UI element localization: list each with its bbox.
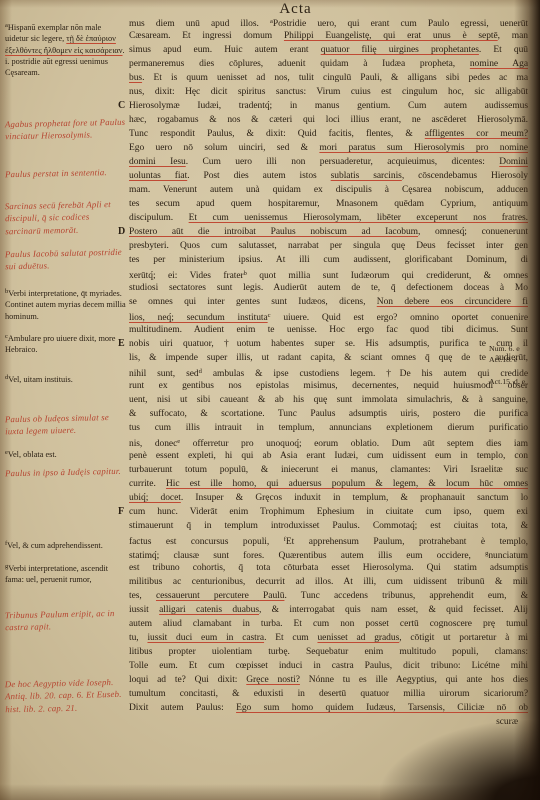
text-line: Cæsaream. Et ingressi domum Philippi Eua…	[129, 29, 528, 43]
text-run: uiuere. Quid est ergo? omnino oportet co…	[271, 313, 528, 323]
text-line: mus diem unū apud illos. aPostridie uero…	[129, 15, 528, 29]
text-run: uent, nisi ut sibi caueant & ab his quę …	[129, 395, 528, 405]
text-run: Agabus prophetat fore ut Paulus vinciatu…	[5, 117, 126, 142]
text-run: mam. Venerunt autem unà quidam ex discip…	[129, 185, 528, 195]
text-line: turbauerunt totum populū, & iniecerunt e…	[129, 463, 528, 477]
printed-margin-note: bVerbi interpretatione, q̄t myriades. Co…	[5, 286, 126, 322]
text-line: uent, nisi ut sibi caueant & ab his quę …	[129, 393, 528, 407]
text-line: tes secum apud quem hospitaremur, Mnason…	[129, 197, 528, 211]
text-run: Ego uero nō solum uinciri, sed &	[129, 143, 319, 153]
red-underlined-phrase: Gręce nosti?	[246, 675, 300, 685]
red-underlined-phrase: iussit duci eum in castra	[147, 633, 264, 643]
text-line: loqui ad te? Qui dixit: Gręce nosti? Nón…	[129, 673, 528, 687]
text-line: penè essent expleti, hi qui ab Asia eran…	[129, 449, 528, 463]
text-run: Paulus ob Iudęos simulat se iuxta legem …	[5, 412, 109, 436]
text-line: xerūtq́; ei: Vides fraterb quot millia s…	[129, 267, 528, 281]
text-line: Dixit autem Paulus: Ego sum homo quidem …	[129, 701, 528, 715]
red-underlined-phrase: sublatis sarcinis	[331, 171, 402, 181]
text-run: , & interrogabat quis nam esset, & quid …	[259, 605, 528, 615]
printed-margin-note: gVerbi interpretatione, ascendit fama: u…	[5, 561, 126, 586]
text-run: litibus propter uiolentiam turbę. Sequeb…	[129, 647, 528, 657]
book-page-scan: Acta aHispanū exemplar nōn male uidetur …	[0, 0, 540, 800]
text-run: Hierosolymæ Iudæi, tradentq́; in manus g…	[129, 101, 528, 111]
text-line: lis, & impende super illis, ut radant ca…	[129, 351, 528, 365]
text-line: permaneremus dies cōplures, aduenit quid…	[129, 57, 528, 71]
text-line: hæc, rogabamus & nos & cæteri qui loci i…	[129, 113, 528, 127]
text-line: & suffocato, & scortatione. Tunc Paulus …	[129, 407, 528, 421]
text-run: Tolle eum. Et cum cœpisset induci in cas…	[129, 661, 528, 671]
text-line: Tunc respondit Paulus, & dixit: Quid fac…	[129, 127, 528, 141]
text-run: , cōscendebamus Hierosoly	[402, 171, 528, 181]
text-line: factus est concursus populi, fEt apprehe…	[129, 533, 528, 547]
printed-margin-note: aHispanū exemplar nōn male uidetur sic l…	[5, 20, 126, 78]
text-run: presbyteri. Quos cum salutasset, narraba…	[129, 241, 528, 251]
text-run: militibus ac centurionibus, decurrit ad …	[129, 577, 528, 587]
text-run: tes secum apud quem hospitaremur, Mnason…	[129, 199, 528, 209]
text-run: & suffocato, & scortatione. Tunc Paulus …	[129, 409, 528, 419]
text-run: factus est concursus populi,	[129, 537, 284, 547]
red-underlined-phrase: ubiq́; docet	[129, 493, 181, 503]
handwritten-margin-note: Tribunus Paulum eripit, ac in castra rap…	[5, 607, 126, 634]
red-underlined-phrase: cessauerunt percutere Paulū	[156, 591, 284, 601]
text-line: statimq́; clausæ sunt fores. Quærentibus…	[129, 547, 528, 561]
text-run: hæc, rogabamus & nos & cæteri qui loci i…	[129, 115, 528, 125]
text-line: discipulum. Et cum uenissemus Hierosolym…	[129, 211, 528, 225]
text-line: tes per ministerium ipsius. At illi cum …	[129, 253, 528, 267]
text-run: permaneremus dies cōplures, aduenit quid…	[129, 59, 470, 69]
red-underlined-phrase: alligari catenis duabus	[159, 605, 259, 615]
text-run: nobis uiri quatuor, †uotum habentes supe…	[129, 339, 528, 349]
text-run: Postridie uero, qui erant cum Paulo egre…	[273, 19, 528, 29]
text-run: penè essent expleti, hi qui ab Asia eran…	[129, 451, 528, 461]
text-run: studiosi sectatores sunt legis. Audierūt…	[129, 283, 528, 293]
printed-margin-note: cAmbulare pro uiuere dixit, more Hebraic…	[5, 331, 126, 356]
text-run: ambulas & ipse custodiens legem. †De his…	[202, 369, 528, 379]
text-run: Dixit autem Paulus:	[129, 703, 236, 713]
text-line: tumultum concitasti, & eduxisti in deser…	[129, 687, 528, 701]
text-line: tes, cessauerunt percutere Paulū. Tunc a…	[129, 589, 528, 603]
red-underlined-phrase: Ego sum homo quidem Iudæus, Tarsensis, C…	[236, 703, 528, 713]
red-underlined-phrase: Philippi Euangelistę, qui erat unus è se…	[284, 31, 498, 41]
text-line: litibus propter uiolentiam turbę. Sequeb…	[129, 645, 528, 659]
main-text: mus diem unū apud illos. aPostridie uero…	[129, 15, 528, 729]
text-line: est tribuno cohortis, q̄ tota cōturbata …	[129, 561, 528, 575]
printed-margin-note: eVel, oblata est.	[5, 447, 126, 460]
text-run: Et apprehensum Paulum, protrahebant è te…	[286, 537, 528, 547]
text-line: Ego uero nō solum uinciri, sed & mori pa…	[129, 141, 528, 155]
printed-margin-note: fVel, & cum adprehendissent.	[5, 538, 126, 551]
handwritten-margin-note: Paulus ob Iudęos simulat se iuxta legem …	[5, 411, 126, 438]
text-run: turbauerunt totum populū, & iniecerunt e…	[129, 465, 528, 475]
text-line: nis, donece offerretur pro unoquoq́; eor…	[129, 435, 528, 449]
text-line: multitudinem. Audient enim te uenisse. H…	[129, 323, 528, 337]
red-underlined-phrase: quatuor filię uirgines prophetantes	[321, 45, 479, 55]
text-line: presbyteri. Quos cum salutasset, narraba…	[129, 239, 528, 253]
text-run: quot millia sunt Iudæorum qui crediderun…	[247, 271, 528, 281]
text-run: offerretur pro unoquoq́; eorum oblatio. …	[180, 439, 528, 449]
handwritten-margin-note: Sarcinas secū ferebāt Apli et discipuli,…	[5, 198, 127, 237]
text-line: ubiq́; docet. Insuper & Gręcos induxit i…	[129, 491, 528, 505]
text-run: tu,	[129, 633, 147, 643]
page-right-edge-shadow	[514, 0, 540, 800]
section-guide-letter: F	[118, 506, 128, 517]
text-run: nus, dixit: Hęc dicit spiritus sanctus: …	[129, 87, 528, 97]
handwritten-margin-note: De hoc Aegyptio vide Ioseph. Antiq. lib.…	[5, 676, 127, 715]
text-run: runt ex gentibus nos epistolas misimus, …	[129, 381, 528, 391]
handwritten-margin-note: Paulus perstat in sententia.	[5, 166, 126, 181]
text-run: , omnesq́; conuenerunt	[418, 227, 528, 237]
text-run: Nónne tu es ille Aegyptius, qui ante hos…	[300, 675, 528, 685]
text-line: cum hunc. Viderāt enim Trophimum Ephesiu…	[129, 505, 528, 519]
text-run: Ambulare pro uiuere dixit, more Hebraico…	[5, 334, 116, 354]
handwritten-margin-note: Agabus prophetat fore ut Paulus vinciatu…	[5, 116, 126, 143]
text-line: tus cum illis intrauit in templum, annun…	[129, 421, 528, 435]
text-line: studiosi sectatores sunt legis. Audierūt…	[129, 281, 528, 295]
text-run: nis, donec	[129, 439, 177, 449]
text-run: nihil sunt, sed	[129, 369, 199, 379]
text-run: . Insuper & Gręcos induxit in templum, &…	[181, 493, 528, 503]
text-line: currite. Hic est ille homo, qui aduersus…	[129, 477, 528, 491]
text-run: Tunc respondit Paulus, & dixit: Quid fac…	[129, 129, 425, 139]
text-run: xerūtq́; ei: Vides frater	[129, 271, 244, 281]
text-run: iussit	[129, 605, 159, 615]
text-run: Vel, oblata est.	[8, 450, 57, 459]
section-guide-letter: E	[118, 338, 128, 349]
text-run: Vel, uitam instituis.	[8, 375, 73, 384]
text-run: mus diem unū apud illos.	[129, 19, 270, 29]
red-underlined-phrase: domini Iesu	[129, 157, 186, 167]
text-run: Tribunus Paulum eripit, ac in castra rap…	[5, 608, 115, 633]
text-run: multitudinem. Audient enim te uenisse. H…	[129, 325, 528, 335]
text-line: bus. Et is quum uenisset ad nos, tulit c…	[129, 71, 528, 85]
text-run: discipulum.	[129, 213, 189, 223]
text-line: domini Iesu. Cum uero illi non persuader…	[129, 155, 528, 169]
text-line: mam. Venerunt autem unà quidam ex discip…	[129, 183, 528, 197]
handwritten-margin-note: Paulus Iacobū salutat postridie sui aduē…	[5, 246, 126, 273]
text-line: runt ex gentibus nos epistolas misimus, …	[129, 379, 528, 393]
handwritten-margin-note: Paulus in ipso à Iudęis capitur.	[5, 465, 126, 480]
text-run: Vel, & cum adprehendissent.	[7, 541, 103, 550]
red-underlined-phrase: lios, neq́; secundum instituta	[129, 313, 268, 323]
red-underlined-phrase: uenisset ad gradus	[317, 633, 399, 643]
text-line: Hierosolymæ Iudæi, tradentq́; in manus g…	[129, 99, 528, 113]
bottom-right-corner-shadow	[380, 720, 540, 800]
text-line: autem aliud clamabant in turba. Et cum n…	[129, 617, 528, 631]
text-run: Paulus Iacobū salutat postridie sui aduē…	[5, 247, 122, 272]
red-underlined-phrase: bus	[129, 73, 142, 83]
text-run: stimauerunt q̄ in templum introduxisset …	[129, 521, 528, 531]
text-line: nihil sunt, sedd ambulas & ipse custodie…	[129, 365, 528, 379]
text-line: se omnes qui inter gentes sunt Iudæos, d…	[129, 295, 528, 309]
text-line: militibus ac centurionibus, decurrit ad …	[129, 575, 528, 589]
text-run: est tribuno cohortis, q̄ tota cōturbata …	[129, 563, 528, 573]
text-run: , cōtigit ut portaretur à mi	[399, 633, 528, 643]
text-line: tu, iussit duci eum in castra. Et cum ue…	[129, 631, 528, 645]
text-run: Verbi interpretatione, q̄t myriades. Con…	[5, 289, 126, 321]
text-line: simus apud eum. Huic autem erant quatuor…	[129, 43, 528, 57]
text-run: . Post dies autem istos	[187, 171, 330, 181]
section-guide-letter: D	[118, 226, 128, 237]
text-run: currite.	[129, 479, 166, 489]
text-line: nobis uiri quatuor, †uotum habentes supe…	[129, 337, 528, 351]
red-underlined-phrase: Non debere eos circuncidere fi	[377, 297, 528, 307]
text-run: Paulus perstat in sententia.	[5, 167, 107, 179]
text-run: tumultum concitasti, & eduxisti in deser…	[129, 689, 528, 699]
text-run: Paulus in ipso à Iudęis capitur.	[5, 466, 121, 478]
red-underlined-phrase: Hic est ille homo, qui aduersus populum …	[166, 479, 528, 489]
text-line: Postero aūt die introibat Paulus nobiscu…	[129, 225, 528, 239]
red-underlined-phrase: uoluntas fiat	[129, 171, 187, 181]
text-run: simus apud eum. Huic autem erant	[129, 45, 321, 55]
text-line: nus, dixit: Hęc dicit spiritus sanctus: …	[129, 85, 528, 99]
text-line: stimauerunt q̄ in templum introduxisset …	[129, 519, 528, 533]
text-run: autem aliud clamabant in turba. Et cum n…	[129, 619, 528, 629]
text-run: tus cum illis intrauit in templum, annun…	[129, 423, 528, 433]
printed-margin-note: dVel, uitam instituis.	[5, 372, 126, 385]
red-underlined-phrase: affligentes cor meum?	[425, 129, 528, 139]
text-run: se omnes qui inter gentes sunt Iudæos, d…	[129, 297, 377, 307]
red-underlined-phrase: Et cum uenissemus Hierosolymam, libēter …	[189, 213, 528, 223]
red-underlined-phrase: mori paratus sum Hierosolymis pro nomine	[319, 143, 528, 153]
text-run: . Et cum	[264, 633, 317, 643]
text-run: loqui ad te? Qui dixit:	[129, 675, 246, 685]
text-run: De hoc Aegyptio vide Ioseph. Antiq. lib.…	[5, 677, 122, 714]
text-run: . Tunc accedens tribunus, apprehendit eu…	[284, 591, 528, 601]
text-run: tes per ministerium ipsius. At illi cum …	[129, 255, 528, 265]
text-run: Sarcinas secū ferebāt Apli et discipuli,…	[5, 199, 111, 236]
text-run: cum hunc. Viderāt enim Trophimum Ephesiu…	[129, 507, 528, 517]
text-line: lios, neq́; secundum institutac uiuere. …	[129, 309, 528, 323]
red-underlined-phrase: Postero aūt die introibat Paulus nobiscu…	[129, 227, 418, 237]
section-guide-letter: C	[118, 100, 128, 111]
text-line: iussit alligari catenis duabus, & interr…	[129, 603, 528, 617]
text-run: . Et is quum uenisset ad nos, tulit cing…	[142, 73, 528, 83]
text-run: statimq́; clausæ sunt fores. Quærentibus…	[129, 551, 485, 561]
text-run: Cæsaream. Et ingressi domum	[129, 31, 284, 41]
text-run: Verbi interpretatione, ascendit fama: ue…	[5, 564, 108, 584]
text-line: Tolle eum. Et cum cœpisset induci in cas…	[129, 659, 528, 673]
text-line: uoluntas fiat. Post dies autem istos sub…	[129, 169, 528, 183]
text-run: lis, & impende super illis, ut radant ca…	[129, 353, 528, 363]
text-run: tes,	[129, 591, 156, 601]
text-run: . Cum uero illi non persuaderetur, acqui…	[186, 157, 500, 167]
